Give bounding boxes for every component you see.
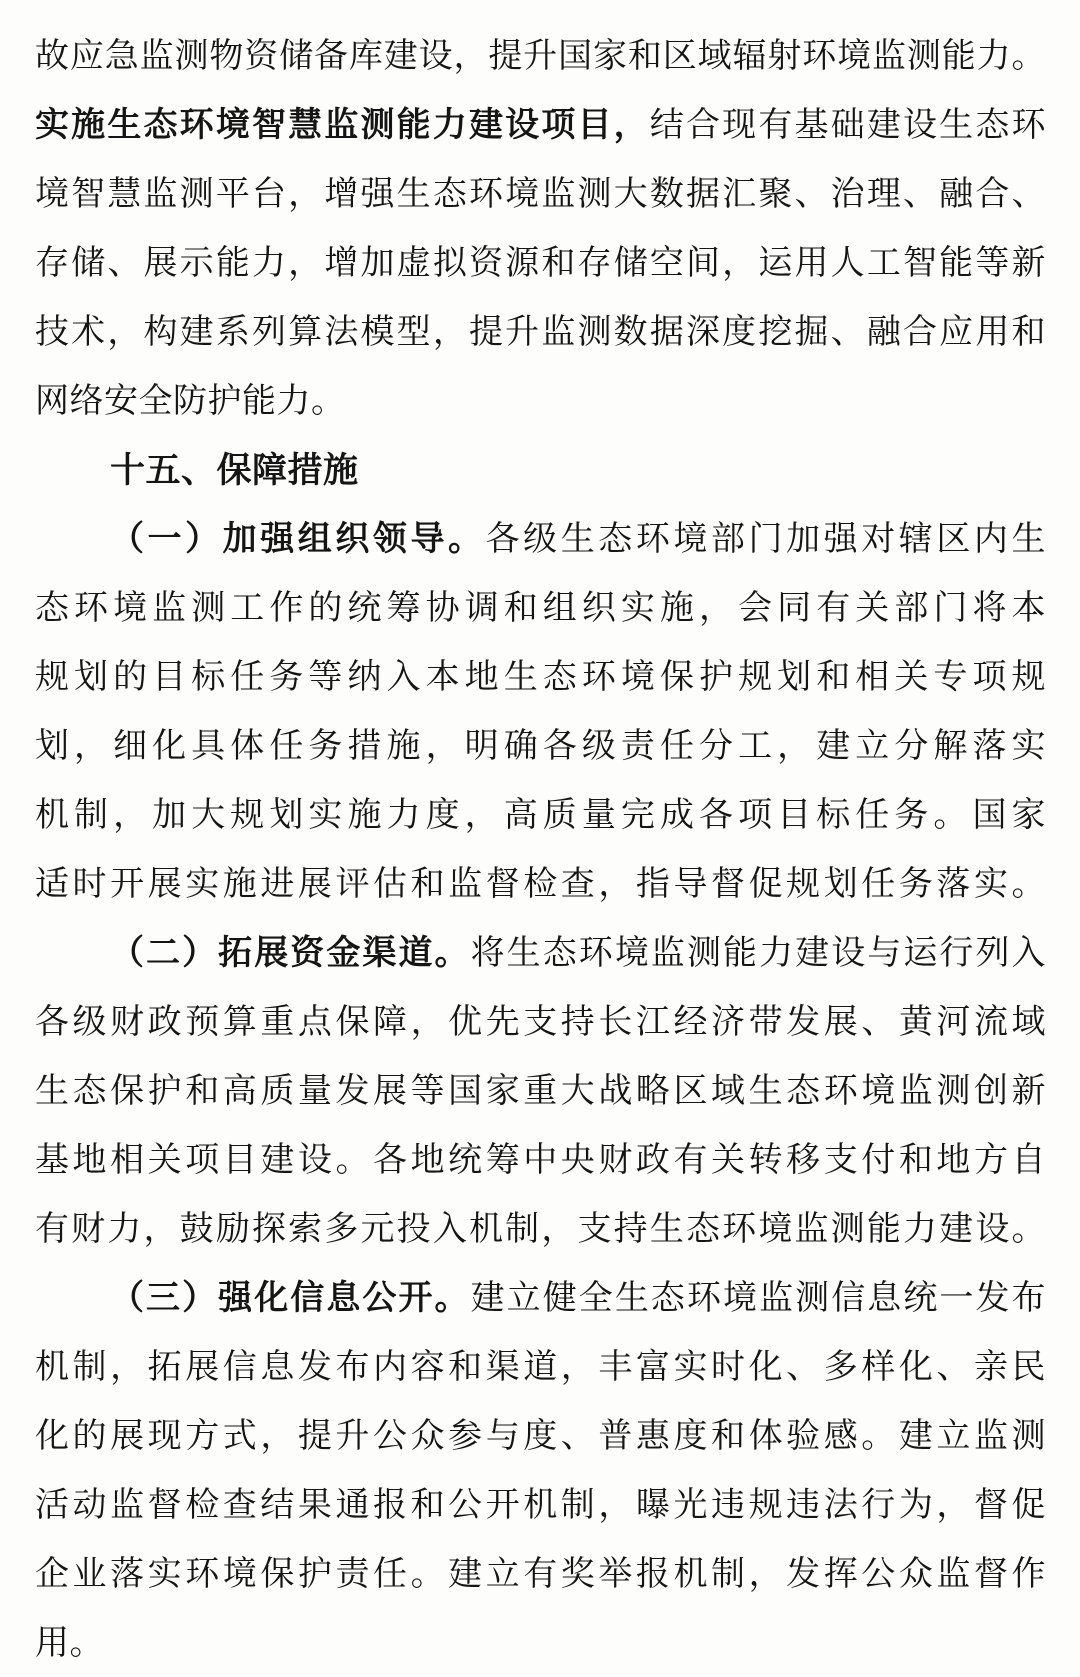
text-run: 生态保护和高质量发展等国家重大战略区域生态环境监测创新 [35, 1073, 1046, 1110]
body-line: 机制，加大规划实施力度，高质量完成各项目标任务。国家 [35, 781, 1046, 850]
text-run: 结合现有基础建设生态环 [650, 107, 1046, 144]
text-run: 适时开展实施进展评估和监督检查，指导督促规划任务落实。 [35, 866, 1046, 903]
text-run: 用。 [35, 1625, 104, 1662]
text-run: 将生态环境监测能力建设与运行列入 [471, 935, 1046, 972]
body-line: 态环境监测工作的统筹协调和组织实施，会同有关部门将本 [35, 574, 1046, 643]
body-line: （二）拓展资金渠道。将生态环境监测能力建设与运行列入 [35, 919, 1046, 988]
body-line: 各级财政预算重点保障，优先支持长江经济带发展、黄河流域 [35, 988, 1046, 1057]
heading-text: 十五、保障措施 [110, 451, 359, 490]
body-line: 适时开展实施进展评估和监督检查，指导督促规划任务落实。 [35, 850, 1046, 919]
body-line: 网络安全防护能力。 [35, 367, 1046, 436]
body-line: （三）强化信息公开。建立健全生态环境监测信息统一发布 [35, 1264, 1046, 1333]
text-run: 企业落实环境保护责任。建立有奖举报机制，发挥公众监督作 [35, 1556, 1046, 1593]
text-run: 境智慧监测平台，增强生态环境监测大数据汇聚、治理、融合、 [35, 176, 1046, 213]
text-run: 基地相关项目建设。各地统筹中央财政有关转移支付和地方自 [35, 1142, 1046, 1179]
body-line: 活动监督检查结果通报和公开机制，曝光违规违法行为，督促 [35, 1471, 1046, 1540]
body-line: 机制，拓展信息发布内容和渠道，丰富实时化、多样化、亲民 [35, 1333, 1046, 1402]
text-run: 网络安全防护能力。 [35, 383, 346, 420]
text-run: 规划的目标任务等纳入本地生态环境保护规划和相关专项规 [35, 659, 1046, 696]
text-run: 机制，拓展信息发布内容和渠道，丰富实时化、多样化、亲民 [35, 1349, 1046, 1386]
bold-run: （二）拓展资金渠道。 [110, 934, 471, 972]
bold-run: （三）强化信息公开。 [110, 1279, 471, 1317]
body-line: 有财力，鼓励探索多元投入机制，支持生态环境监测能力建设。 [35, 1195, 1046, 1264]
body-line: 划，细化具体任务措施，明确各级责任分工，建立分解落实 [35, 712, 1046, 781]
body-line: 生态保护和高质量发展等国家重大战略区域生态环境监测创新 [35, 1057, 1046, 1126]
text-run: 各级生态环境部门加强对辖区内生 [486, 521, 1046, 558]
body-line: 规划的目标任务等纳入本地生态环境保护规划和相关专项规 [35, 643, 1046, 712]
text-run: 有财力，鼓励探索多元投入机制，支持生态环境监测能力建设。 [35, 1211, 1046, 1248]
body-line: 基地相关项目建设。各地统筹中央财政有关转移支付和地方自 [35, 1126, 1046, 1195]
text-run: 技术，构建系列算法模型，提升监测数据深度挖掘、融合应用和 [35, 314, 1046, 351]
text-run: 划，细化具体任务措施，明确各级责任分工，建立分解落实 [35, 728, 1046, 765]
text-run: 化的展现方式，提升公众参与度、普惠度和体验感。建立监测 [35, 1418, 1046, 1455]
text-run: 各级财政预算重点保障，优先支持长江经济带发展、黄河流域 [35, 1004, 1046, 1041]
body-line: 实施生态环境智慧监测能力建设项目，结合现有基础建设生态环 [35, 91, 1046, 160]
text-run: 机制，加大规划实施力度，高质量完成各项目标任务。国家 [35, 797, 1046, 834]
document-page: 故应急监测物资储备库建设，提升国家和区域辐射环境监测能力。 实施生态环境智慧监测… [0, 0, 1080, 1677]
body-line: 故应急监测物资储备库建设，提升国家和区域辐射环境监测能力。 [35, 22, 1046, 91]
text-run: 故应急监测物资储备库建设，提升国家和区域辐射环境监测能力。 [35, 38, 1046, 75]
body-line: 技术，构建系列算法模型，提升监测数据深度挖掘、融合应用和 [35, 298, 1046, 367]
body-line: 用。 [35, 1609, 1046, 1677]
section-heading: 十五、保障措施 [35, 436, 1046, 505]
bold-run: 实施生态环境智慧监测能力建设项目， [35, 106, 650, 144]
body-line: 化的展现方式，提升公众参与度、普惠度和体验感。建立监测 [35, 1402, 1046, 1471]
body-line: 境智慧监测平台，增强生态环境监测大数据汇聚、治理、融合、 [35, 160, 1046, 229]
text-run: 建立健全生态环境监测信息统一发布 [471, 1280, 1046, 1317]
body-line: 企业落实环境保护责任。建立有奖举报机制，发挥公众监督作 [35, 1540, 1046, 1609]
text-run: 态环境监测工作的统筹协调和组织实施，会同有关部门将本 [35, 590, 1046, 627]
text-run: 活动监督检查结果通报和公开机制，曝光违规违法行为，督促 [35, 1487, 1046, 1524]
body-line: 存储、展示能力，增加虚拟资源和存储空间，运用人工智能等新 [35, 229, 1046, 298]
text-run: 存储、展示能力，增加虚拟资源和存储空间，运用人工智能等新 [35, 245, 1046, 282]
bold-run: （一）加强组织领导。 [110, 520, 486, 558]
body-line: （一）加强组织领导。各级生态环境部门加强对辖区内生 [35, 505, 1046, 574]
